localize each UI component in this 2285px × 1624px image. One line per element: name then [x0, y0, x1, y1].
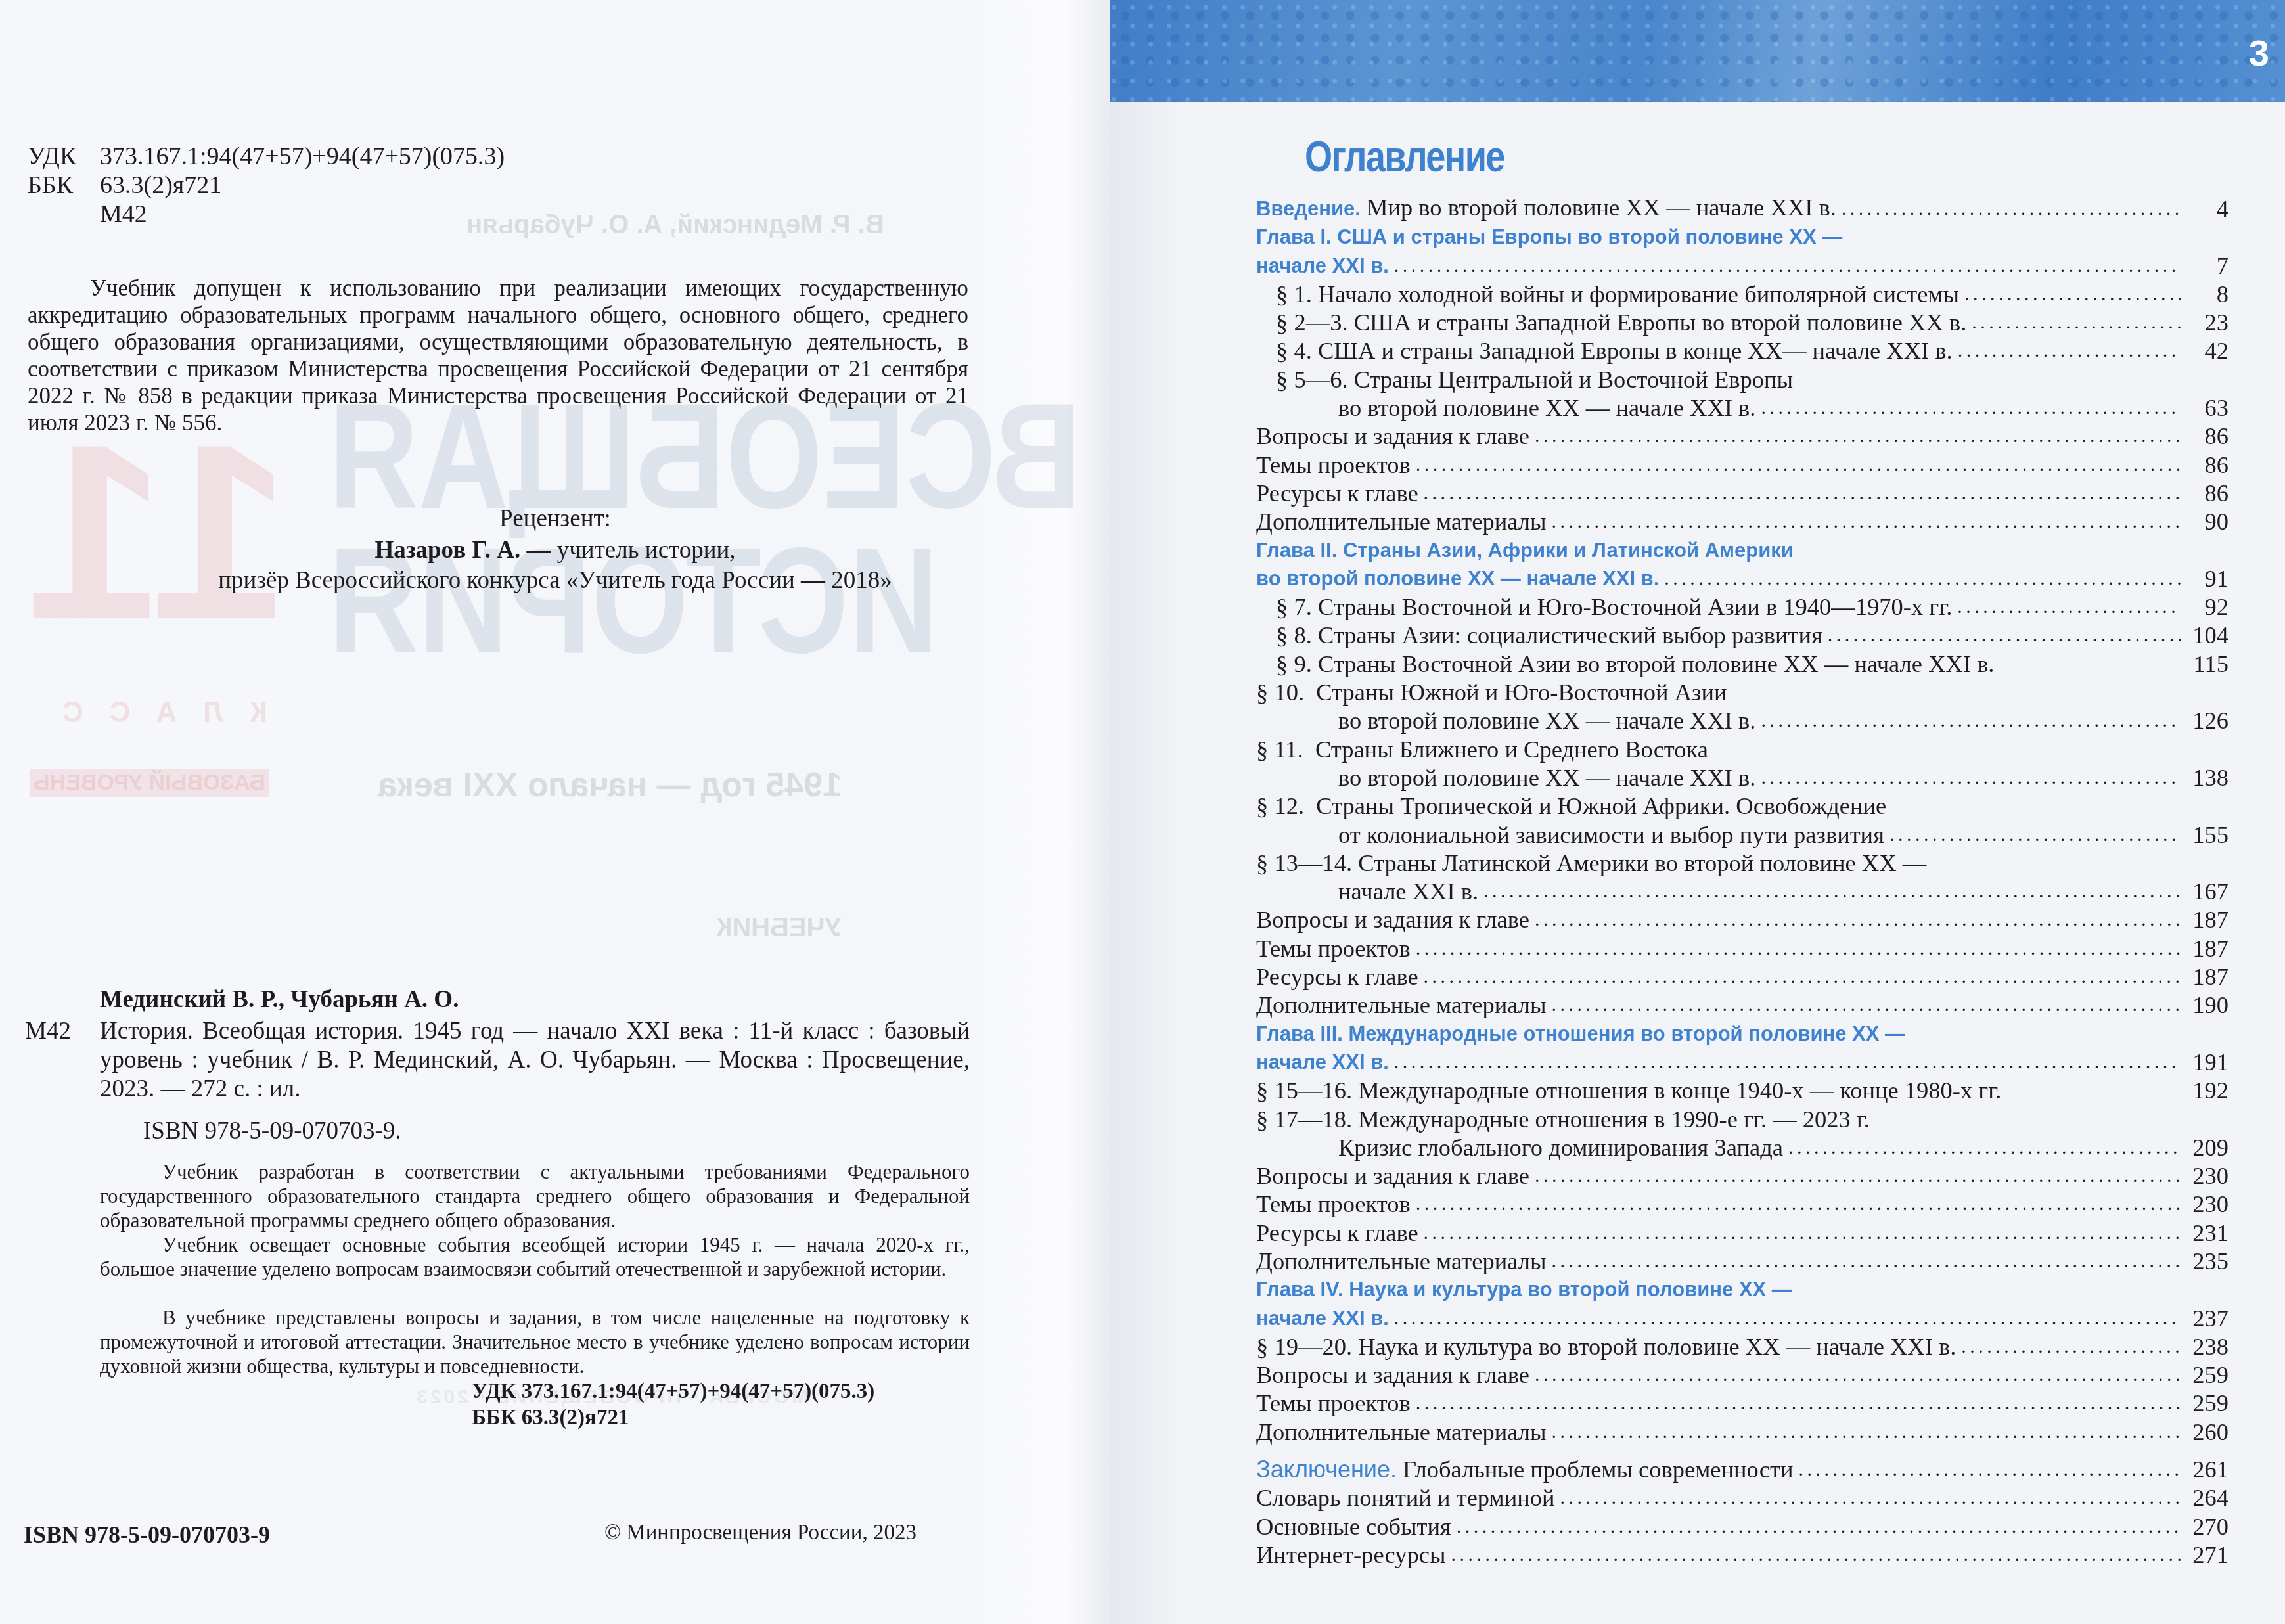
- reviewer-name: Назаров Г. А.: [374, 537, 520, 564]
- reviewer-role: — учитель истории,: [520, 537, 735, 564]
- entry-text: во второй половине XX — начале XXI в.: [1338, 394, 1755, 422]
- leader-dots: [1416, 451, 2181, 479]
- entry-text: Кризис глобального доминирования Запада: [1338, 1133, 1783, 1162]
- conclusion-text: Глобальные проблемы современности: [1403, 1456, 1793, 1483]
- leader-dots: [1394, 1304, 2181, 1332]
- bib-authors: Медински­й В. Р., Чубарьян А. О.: [100, 985, 459, 1014]
- leader-dots: [1451, 1541, 2181, 1569]
- entry-text: § 19—20. Наука и культура во второй поло…: [1256, 1332, 1956, 1361]
- reviewer-label: Рецензент:: [0, 505, 1110, 533]
- leader-dots: [1424, 962, 2181, 991]
- toc-item[interactable]: § 10. Страны Южной и Юго-Восточной Азии: [1256, 678, 2228, 706]
- leader-dots: [1424, 479, 2181, 507]
- chapter-2-page: 91: [2188, 564, 2228, 593]
- ghost-grade-word: КЛАСС: [36, 696, 267, 729]
- toc-entry-conclusion[interactable]: Заключение. Глобальные проблемы современ…: [1256, 1455, 2228, 1483]
- annotation-paragraph-3: В учебнике представлены вопросы и задани…: [100, 1305, 970, 1378]
- reviewer-award: призёр Всероссийского конкурса «Учитель …: [0, 566, 1110, 595]
- toc-appendix-events[interactable]: Основные события270: [1256, 1512, 2228, 1541]
- leader-dots: [1958, 336, 2181, 365]
- ghost-authors: В. Р. Мединский, А. О. Чубарьян: [466, 210, 884, 240]
- chapter-2-heading-line2[interactable]: во второй половине XX — начале XXI в. 91: [1256, 564, 2228, 593]
- page-ref: 209: [2188, 1133, 2228, 1162]
- intro-text: Мир во второй половине XX — начале XXI в…: [1367, 194, 1836, 221]
- toc-extra[interactable]: Темы проектов86: [1256, 451, 2228, 479]
- udk-value: 373.167.1:94(47+57)+94(47+57)(075.3): [100, 142, 505, 171]
- page-ref: 126: [2188, 706, 2228, 734]
- toc-extra[interactable]: Вопросы и задания к главе187: [1256, 905, 2228, 934]
- entry-text: Страны Южной и Юго-Восточной Азии: [1316, 679, 1727, 706]
- entry-text: Страны Центральной и Восточной Европы: [1354, 366, 1793, 393]
- entry-text: § 9.: [1276, 650, 1312, 677]
- toc-extra[interactable]: Темы проектов187: [1256, 934, 2228, 962]
- page-ref: 90: [2188, 507, 2228, 535]
- toc-extra[interactable]: Дополнительные материалы190: [1256, 991, 2228, 1019]
- toc-item[interactable]: § 17—18. Международные отношения в 1990-…: [1256, 1105, 2228, 1133]
- chapter-4-title-cont: начале XXI в.: [1256, 1304, 1389, 1332]
- leader-dots: [1788, 1133, 2181, 1162]
- page-ref: 138: [2188, 763, 2228, 792]
- entry-text: Международные отношения в конце 1940-х —…: [1358, 1077, 2001, 1104]
- leader-dots: [1761, 763, 2181, 792]
- leader-dots: [1416, 934, 2181, 962]
- page-number: 3: [2249, 32, 2269, 74]
- toc-title: Оглавление: [1305, 131, 1504, 181]
- leader-dots: [1535, 905, 2181, 934]
- leader-dots: [1457, 1512, 2181, 1541]
- leader-dots: [1957, 593, 2181, 621]
- chapter-1-title: Глава I. США и страны Европы во второй п…: [1256, 223, 1842, 251]
- bottom-bbk: ББК 63.3(2)я721: [472, 1406, 629, 1430]
- leader-dots: [1964, 280, 2181, 308]
- chapter-2-heading-line1[interactable]: Глава II. Страны Азии, Африки и Латинско…: [1256, 536, 2228, 564]
- leader-dots: [1551, 1418, 2181, 1446]
- entry-text: Дополнительные материалы: [1256, 1418, 1546, 1446]
- chapter-4-page: 237: [2188, 1304, 2228, 1332]
- chapter-3-page: 191: [2188, 1048, 2228, 1076]
- page-ref: 192: [2188, 1076, 2228, 1104]
- leader-dots: [1483, 877, 2181, 905]
- entry-text: Заключение. Глобальные проблемы современ…: [1256, 1455, 1793, 1483]
- entry-text: во второй половине XX — начале XXI в.: [1338, 763, 1755, 792]
- toc-extra[interactable]: Вопросы и задания к главе86: [1256, 422, 2228, 450]
- entry-text: § 7.: [1276, 593, 1312, 620]
- entry-text: § 5—6. Страны Центральной и Восточной Ев…: [1276, 365, 1793, 394]
- toc-item[interactable]: § 9. Страны Восточной Азии во второй пол…: [1256, 650, 2228, 678]
- ghost-kind: УЧЕБНИК: [716, 913, 841, 943]
- toc-extra[interactable]: Дополнительные материалы90: [1256, 507, 2228, 535]
- leader-dots: [1761, 706, 2181, 734]
- page-ref: 155: [2188, 821, 2228, 849]
- entry-text: от колониальной зависимости и выбор пути…: [1338, 821, 1884, 849]
- bib-mark: М42: [25, 1017, 71, 1046]
- leader-dots: [1664, 564, 2181, 593]
- chapter-4-title: Глава IV. Наука и культура во второй пол…: [1256, 1275, 1792, 1303]
- leader-dots: [1416, 1190, 2181, 1218]
- toc-extra[interactable]: Темы проектов259: [1256, 1389, 2228, 1417]
- leader-dots: [1394, 252, 2181, 280]
- entry-text: § 12.: [1256, 792, 1304, 819]
- page-ref: 187: [2188, 962, 2228, 991]
- page-ref: 259: [2188, 1361, 2228, 1389]
- entry-text: Основные события: [1256, 1512, 1451, 1541]
- leader-dots: [1416, 1389, 2181, 1417]
- entry-text: § 2—3. США и страны Западной Европы во в…: [1276, 308, 1966, 336]
- chapter-4-heading-line1[interactable]: Глава IV. Наука и культура во второй пол…: [1256, 1275, 2228, 1303]
- entry-text: § 5—6.: [1276, 366, 1348, 393]
- page-ref: 42: [2188, 336, 2228, 365]
- bbk-value: 63.3(2)я721: [100, 171, 221, 200]
- page-ref: 264: [2188, 1483, 2228, 1512]
- table-of-contents: Введение. Мир во второй половине XX — на…: [1256, 194, 2228, 1569]
- chapter-1-heading-line2[interactable]: начале XXI в. 7: [1256, 252, 2228, 280]
- entry-text: Страны Азии: социалистический выбор разв…: [1318, 621, 1822, 648]
- intro-page: 4: [2188, 194, 2228, 223]
- toc-item-cont[interactable]: во второй половине XX — начале XXI в.63: [1256, 394, 2228, 422]
- leader-dots: [1842, 194, 2181, 223]
- entry-text: § 2—3.: [1276, 309, 1348, 336]
- page-ref: 238: [2188, 1332, 2228, 1361]
- page-ref: 23: [2188, 308, 2228, 336]
- toc-item[interactable]: § 15—16. Международные отношения в конце…: [1256, 1076, 2228, 1104]
- page-ref: 63: [2188, 394, 2228, 422]
- toc-item-cont[interactable]: Кризис глобального доминирования Запада2…: [1256, 1133, 2228, 1162]
- entry-text: Страны Тропической и Южной Африки. Освоб…: [1316, 792, 1886, 819]
- entry-text: Вопросы и задания к главе: [1256, 1361, 1529, 1389]
- leader-dots: [1761, 394, 2181, 422]
- entry-text: Начало холодной войны и формирование бип…: [1318, 281, 1959, 307]
- entry-text: § 12. Страны Тропической и Южной Африки.…: [1256, 792, 1886, 820]
- leader-dots: [1798, 1455, 2181, 1483]
- leader-dots: [1828, 621, 2181, 649]
- page-ref: 271: [2188, 1541, 2228, 1569]
- page-ref: 260: [2188, 1418, 2228, 1446]
- toc-appendix-glossary[interactable]: Словарь понятий и терминой264: [1256, 1483, 2228, 1512]
- page-ref: 167: [2188, 877, 2228, 905]
- annotation-paragraph-1: Учебник разработан в соответствии с акту…: [100, 1160, 970, 1232]
- right-page-contents: 3 Оглавление Введение. Мир во второй пол…: [1110, 0, 2285, 1624]
- left-page-imprint: В. Р. Мединский, А. О. Чубарьян ВСЕОБЩАЯ…: [0, 0, 1110, 1624]
- entry-text: § 8.: [1276, 621, 1312, 648]
- page-ref: 190: [2188, 991, 2228, 1019]
- chapter-3-heading-line1[interactable]: Глава III. Международные отношения во вт…: [1256, 1020, 2228, 1048]
- page-ref: 231: [2188, 1219, 2228, 1247]
- page-ref: 187: [2188, 905, 2228, 934]
- footer-copyright: © Минпросвещения России, 2023: [604, 1521, 916, 1545]
- entry-text: Вопросы и задания к главе: [1256, 422, 1529, 450]
- entry-text: Темы проектов: [1256, 1389, 1411, 1417]
- leader-dots: [1560, 1483, 2182, 1512]
- page-ref: 230: [2188, 1190, 2228, 1218]
- toc-extra[interactable]: Ресурсы к главе86: [1256, 479, 2228, 507]
- toc-item[interactable]: § 11. Страны Ближнего и Среднего Востока: [1256, 735, 2228, 763]
- entry-text: Ресурсы к главе: [1256, 479, 1418, 507]
- entry-text: Темы проектов: [1256, 934, 1411, 962]
- entry-text: § 7. Страны Восточной и Юго-Восточной Аз…: [1276, 593, 1952, 621]
- udk-label: УДК: [28, 142, 76, 171]
- toc-item[interactable]: § 5—6. Страны Центральной и Восточной Ев…: [1256, 365, 2228, 394]
- entry-text: Ресурсы к главе: [1256, 962, 1418, 991]
- entry-text: § 9. Страны Восточной Азии во второй пол…: [1276, 650, 1995, 678]
- page-ref: 115: [2188, 650, 2228, 678]
- entry-text: Темы проектов: [1256, 1190, 1411, 1218]
- entry-text: § 19—20.: [1256, 1333, 1352, 1360]
- header-band: 3: [1110, 0, 2285, 102]
- leader-dots: [1972, 308, 2181, 336]
- entry-text: США и страны Западной Европы во второй п…: [1354, 309, 1967, 336]
- chapter-3-title: Глава III. Международные отношения во вт…: [1256, 1020, 1905, 1048]
- chapter-3-title-cont: начале XXI в.: [1256, 1048, 1389, 1076]
- page-ref: 86: [2188, 422, 2228, 450]
- leader-dots: [1551, 507, 2181, 535]
- entry-text: Наука и культура во второй половине XX —…: [1358, 1333, 1956, 1360]
- toc-extra[interactable]: Темы проектов230: [1256, 1190, 2228, 1218]
- chapter-1-title-cont: начале XXI в.: [1256, 252, 1389, 280]
- entry-text: § 11. Страны Ближнего и Среднего Востока: [1256, 735, 1708, 763]
- entry-text: Темы проектов: [1256, 451, 1411, 479]
- leader-dots: [1961, 1332, 2181, 1361]
- leader-dots: [1535, 422, 2181, 450]
- entry-text: § 13—14.: [1256, 849, 1352, 876]
- entry-text: § 17—18. Международные отношения в 1990-…: [1256, 1105, 1870, 1133]
- entry-text: § 13—14. Страны Латинской Америки во вто…: [1256, 849, 1926, 877]
- page-ref: 8: [2188, 280, 2228, 308]
- toc-item[interactable]: § 13—14. Страны Латинской Америки во вто…: [1256, 849, 2228, 877]
- toc-appendix-internet[interactable]: Интернет-ресурсы271: [1256, 1541, 2228, 1569]
- bib-isbn: ISBN 978-5-09-070703-9.: [143, 1117, 401, 1146]
- entry-text: США и страны Западной Европы в конце XX—…: [1318, 337, 1953, 364]
- page-ref: 86: [2188, 479, 2228, 507]
- entry-text: § 10.: [1256, 679, 1304, 706]
- entry-text: Дополнительные материалы: [1256, 1247, 1546, 1275]
- entry-text: Дополнительные материалы: [1256, 991, 1546, 1019]
- entry-text: начале XXI в.: [1338, 877, 1478, 905]
- bottom-udk: УДК 373.167.1:94(47+57)+94(47+57)(075.3): [472, 1380, 874, 1404]
- entry-text: Дополнительные материалы: [1256, 507, 1546, 535]
- leader-dots: [1535, 1361, 2181, 1389]
- page-ref: 235: [2188, 1247, 2228, 1275]
- entry-text: Введение. Мир во второй половине XX — на…: [1256, 193, 1836, 223]
- toc-extra[interactable]: Ресурсы к главе187: [1256, 962, 2228, 991]
- leader-dots: [1551, 1247, 2181, 1275]
- leader-dots: [1535, 1162, 2181, 1190]
- entry-text: § 4. США и страны Западной Европы в конц…: [1276, 336, 1953, 365]
- page-ref: 270: [2188, 1512, 2228, 1541]
- entry-text: Вопросы и задания к главе: [1256, 905, 1529, 934]
- chapter-3-heading-line2[interactable]: начале XXI в. 191: [1256, 1048, 2228, 1076]
- entry-text: Интернет-ресурсы: [1256, 1541, 1445, 1569]
- entry-text: во второй половине XX — начале XXI в.: [1338, 706, 1755, 734]
- chapter-2-title-cont: во второй половине XX — начале XXI в.: [1256, 564, 1659, 593]
- toc-item[interactable]: § 2—3. США и страны Западной Европы во в…: [1256, 308, 2228, 336]
- entry-text: Страны Восточной Азии во второй половине…: [1318, 650, 1995, 677]
- author-mark: М42: [100, 200, 147, 229]
- chapter-1-heading-line1[interactable]: Глава I. США и страны Европы во второй п…: [1256, 223, 2228, 251]
- entry-text: § 4.: [1276, 337, 1312, 364]
- entry-text: Страны Латинской Америки во второй полов…: [1358, 849, 1926, 876]
- toc-item[interactable]: § 12. Страны Тропической и Южной Африки.…: [1256, 792, 2228, 820]
- reviewer-line: Назаров Г. А. — учитель истории,: [0, 536, 1110, 565]
- toc-extra[interactable]: Дополнительные материалы260: [1256, 1418, 2228, 1446]
- toc-item-cont[interactable]: во второй половине XX — начале XXI в.126: [1256, 706, 2228, 734]
- toc-item-cont[interactable]: от колониальной зависимости и выбор пути…: [1256, 821, 2228, 849]
- ghost-subtitle: 1945 год — начало XXI века: [378, 765, 842, 805]
- leader-dots: [1394, 1048, 2181, 1076]
- toc-item-cont[interactable]: начале XXI в.167: [1256, 877, 2228, 905]
- entry-text: § 11.: [1256, 736, 1303, 763]
- entry-text: Международные отношения в 1990-е гг. — 2…: [1358, 1106, 1870, 1133]
- entry-text: § 1.: [1276, 281, 1312, 307]
- toc-extra[interactable]: Вопросы и задания к главе230: [1256, 1162, 2228, 1190]
- toc-extra[interactable]: Дополнительные материалы235: [1256, 1247, 2228, 1275]
- page-ref: 92: [2188, 593, 2228, 621]
- bib-description: История. Всеобщая история. 1945 год — на…: [100, 1017, 970, 1104]
- bbk-label: ББК: [28, 171, 73, 200]
- entry-text: § 17—18.: [1256, 1106, 1352, 1133]
- entry-text: § 1. Начало холодной войны и формировани…: [1276, 280, 1959, 308]
- entry-text: Вопросы и задания к главе: [1256, 1162, 1529, 1190]
- annotation-paragraph-2: Учебник освещает основные события всеобщ…: [100, 1232, 970, 1281]
- toc-item[interactable]: § 1. Начало холодной войны и формировани…: [1256, 280, 2228, 308]
- page-ref: 230: [2188, 1162, 2228, 1190]
- toc-item-cont[interactable]: во второй половине XX — начале XXI в.138: [1256, 763, 2228, 792]
- entry-text: Словарь понятий и терминой: [1256, 1483, 1555, 1512]
- toc-item[interactable]: § 4. США и страны Западной Европы в конц…: [1256, 336, 2228, 365]
- page-ref: 259: [2188, 1389, 2228, 1417]
- page-ref: 187: [2188, 934, 2228, 962]
- chapter-2-title: Глава II. Страны Азии, Африки и Латинско…: [1256, 536, 1794, 564]
- conclusion-label: Заключение.: [1256, 1456, 1397, 1483]
- ghost-level: БАЗОВЫЙ УРОВЕНЬ: [30, 769, 269, 797]
- entry-text: Страны Восточной и Юго-Восточной Азии в …: [1318, 593, 1952, 620]
- entry-text: § 15—16.: [1256, 1077, 1352, 1104]
- entry-text: Ресурсы к главе: [1256, 1219, 1418, 1247]
- conclusion-page: 261: [2188, 1455, 2228, 1483]
- footer-isbn: ISBN 978-5-09-070703-9: [24, 1521, 270, 1548]
- entry-text: § 8. Страны Азии: социалистический выбор…: [1276, 621, 1822, 649]
- toc-item[interactable]: § 8. Страны Азии: социалистический выбор…: [1256, 621, 2228, 649]
- entry-text: § 10. Страны Южной и Юго-Восточной Азии: [1256, 678, 1727, 706]
- leader-dots: [1889, 821, 2181, 849]
- toc-item[interactable]: § 19—20. Наука и культура во второй поло…: [1256, 1332, 2228, 1361]
- toc-entry-intro[interactable]: Введение. Мир во второй половине XX — на…: [1256, 194, 2228, 223]
- toc-extra[interactable]: Вопросы и задания к главе259: [1256, 1361, 2228, 1389]
- chapter-4-heading-line2[interactable]: начале XXI в. 237: [1256, 1304, 2228, 1332]
- leader-dots: [1424, 1219, 2181, 1247]
- leader-dots: [1551, 991, 2181, 1019]
- approval-text: Учебник допущен к использованию при реал…: [28, 275, 968, 436]
- chapter-1-page: 7: [2188, 252, 2228, 280]
- entry-text: § 15—16. Международные отношения в конце…: [1256, 1076, 2001, 1104]
- page-ref: 86: [2188, 451, 2228, 479]
- entry-text: Страны Ближнего и Среднего Востока: [1315, 736, 1708, 763]
- page-ref: 104: [2188, 621, 2228, 649]
- intro-label: Введение.: [1256, 197, 1361, 220]
- toc-extra[interactable]: Ресурсы к главе231: [1256, 1219, 2228, 1247]
- toc-item[interactable]: § 7. Страны Восточной и Юго-Восточной Аз…: [1256, 593, 2228, 621]
